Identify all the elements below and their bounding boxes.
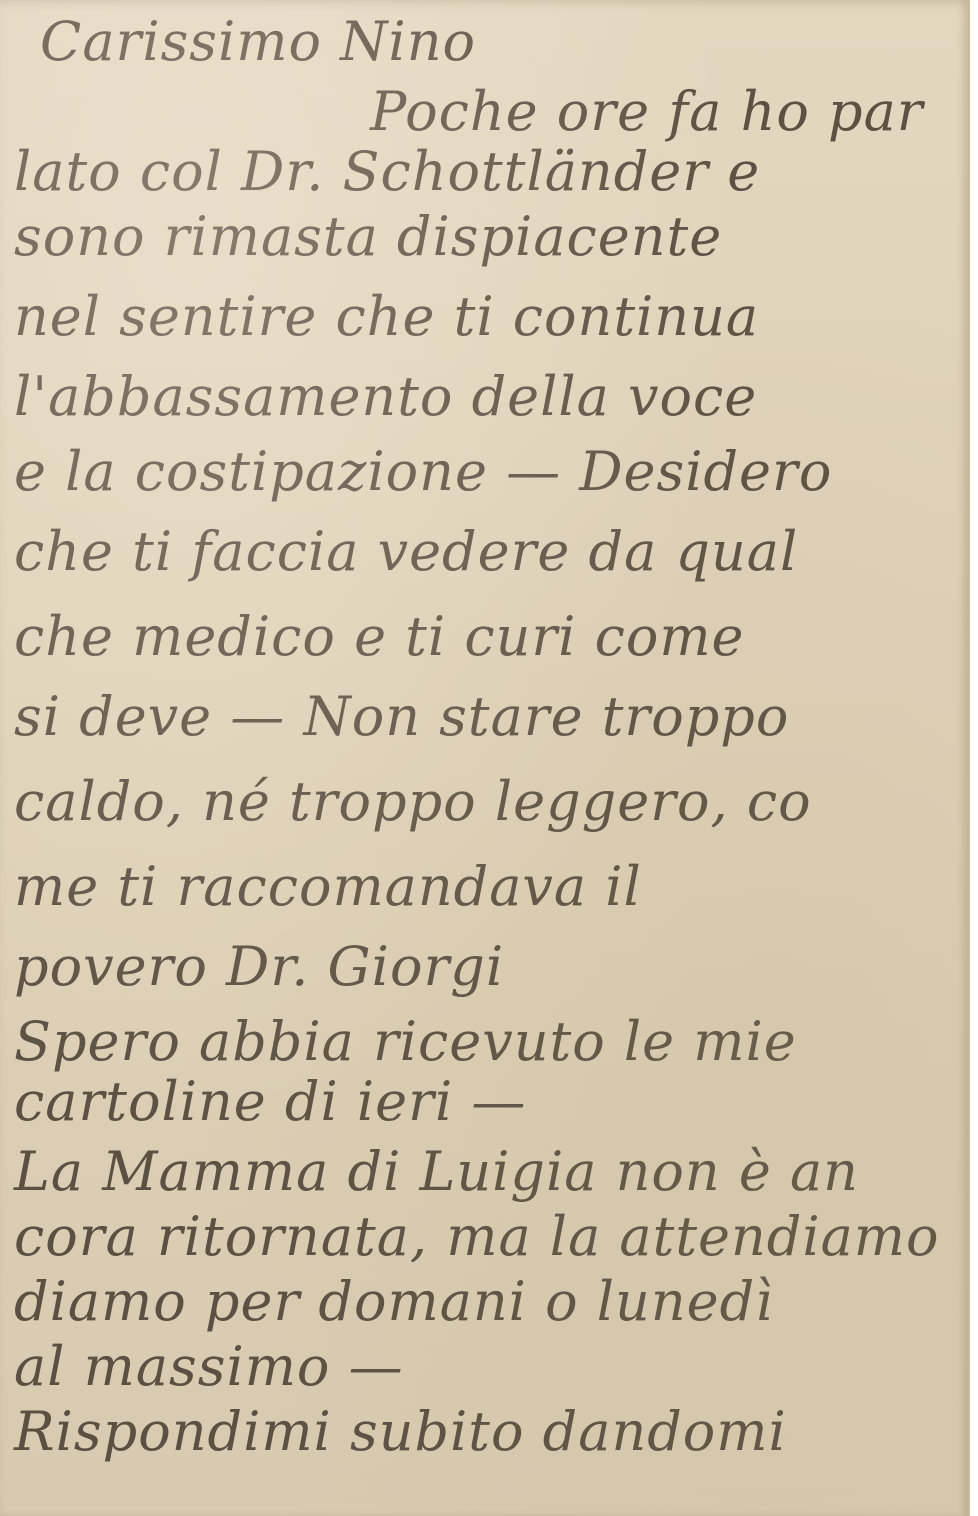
letter-line: si deve — Non stare troppo	[14, 685, 789, 748]
letter-line: cartoline di ieri —	[14, 1070, 526, 1133]
letter-line: diamo per domani o lunedì	[14, 1270, 773, 1333]
salutation: Carissimo Nino	[40, 10, 476, 73]
letter-line: Poche ore fa ho par	[370, 80, 924, 143]
letter-line: sono rimasta dispiacente	[14, 205, 722, 268]
letter-line: povero Dr. Giorgi	[14, 935, 504, 998]
letter-line: che medico e ti curi come	[14, 605, 745, 668]
letter-line: che ti faccia vedere da qual	[14, 520, 798, 583]
letter-line: al massimo —	[14, 1335, 404, 1398]
letter-line: caldo, né troppo leggero, co	[14, 770, 812, 833]
letter-line: Spero abbia ricevuto le mie	[14, 1010, 797, 1073]
letter-line: cora ritornata, ma la attendiamo	[14, 1205, 940, 1268]
letter-line: Rispondimi subito dandomi	[14, 1400, 787, 1463]
letter-line: e la costipazione — Desidero	[14, 440, 832, 503]
letter-line: La Mamma di Luigia non è an	[14, 1140, 859, 1203]
letter-line: lato col Dr. Schottländer e	[14, 140, 760, 203]
letter-line: me ti raccomandava il	[14, 855, 642, 918]
letter-paper: Carissimo Nino Poche ore fa ho par lato …	[0, 0, 970, 1516]
letter-line: l'abbassamento della voce	[14, 365, 757, 428]
letter-line: nel sentire che ti continua	[14, 285, 759, 348]
